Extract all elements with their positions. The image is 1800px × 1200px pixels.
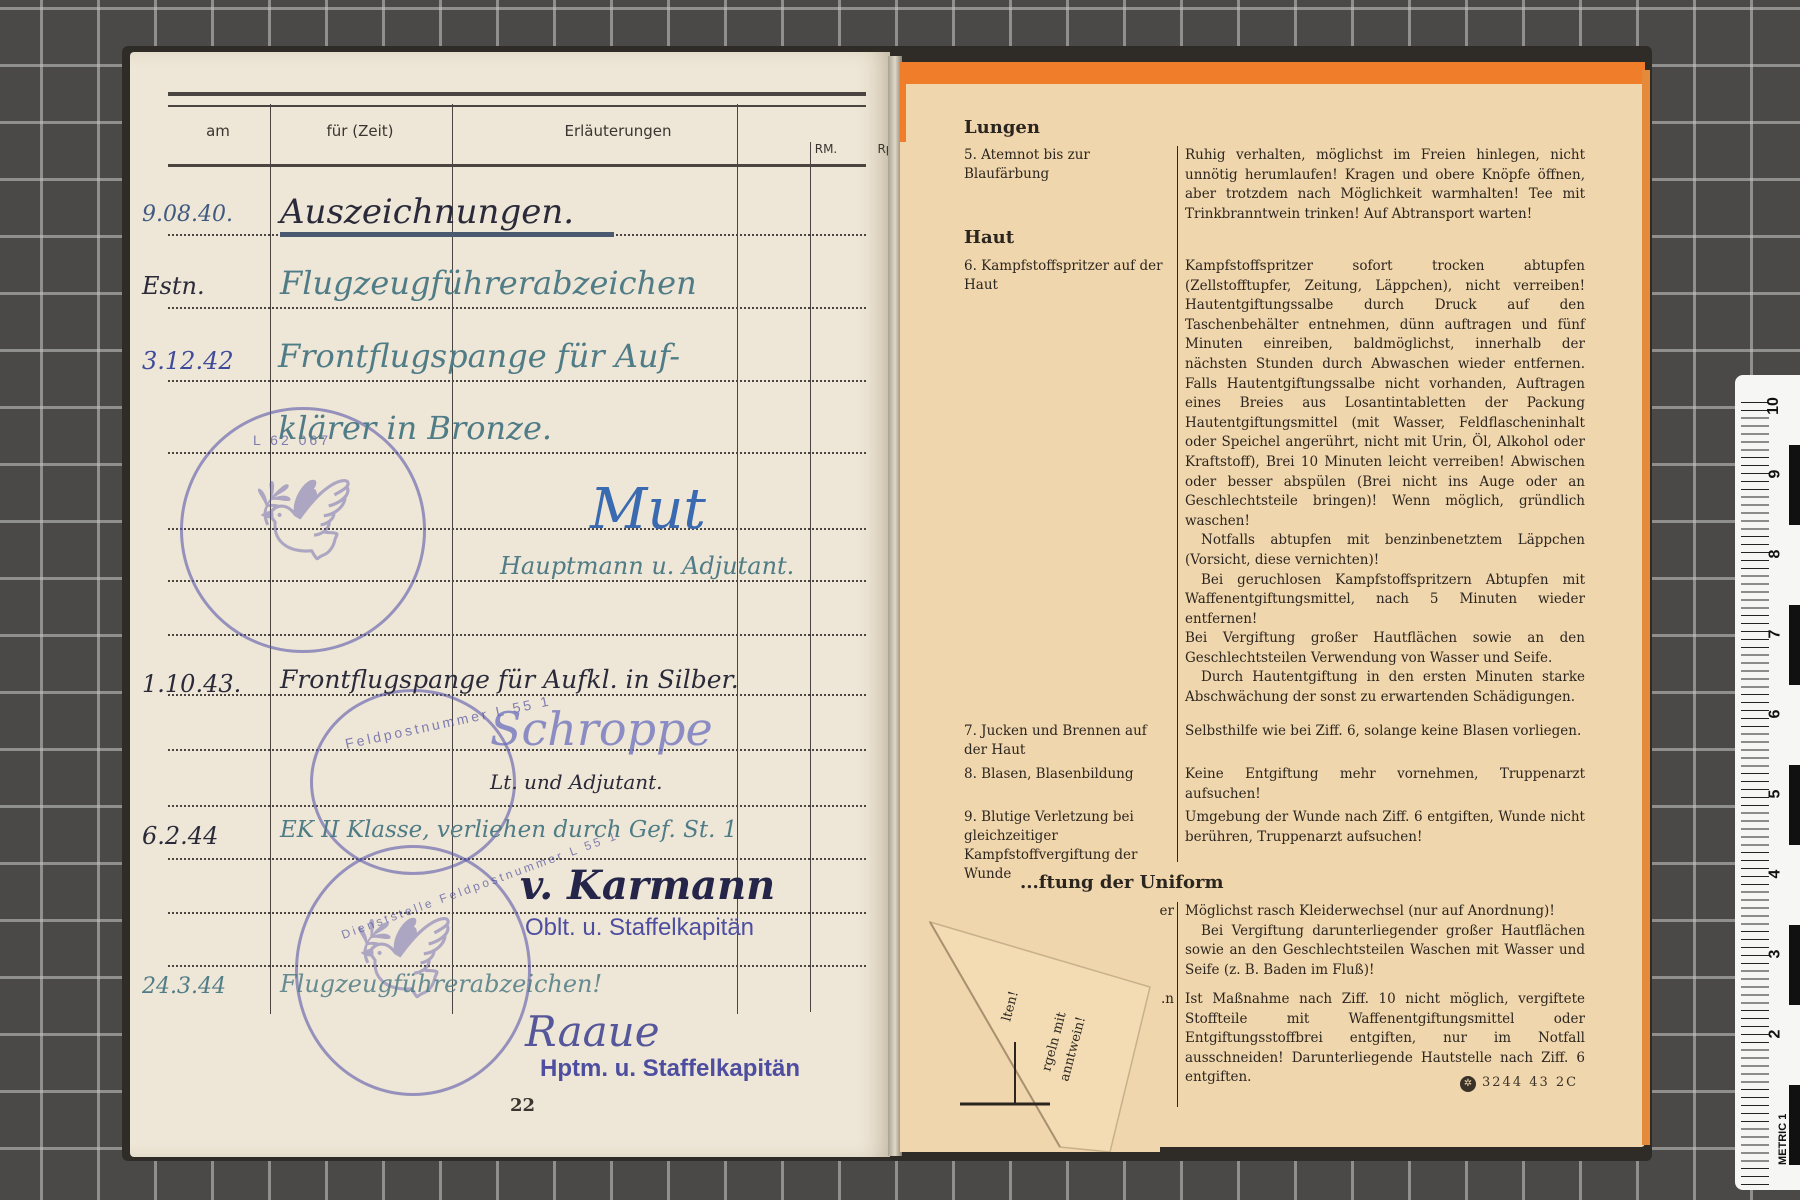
dotted-row-line bbox=[168, 858, 866, 860]
entry-text: klärer in Bronze. bbox=[278, 409, 552, 447]
section-heading-haut: Haut bbox=[964, 227, 1014, 248]
column-divider bbox=[1177, 257, 1178, 862]
ruler-number: 5 bbox=[1766, 790, 1784, 799]
section-heading-uniform: ...ftung der Uniform bbox=[1020, 872, 1224, 893]
entry-text: Frontflugspange für Auf- bbox=[278, 337, 680, 375]
page-number: 22 bbox=[510, 1095, 535, 1116]
entry-date: 9.08.40. bbox=[142, 202, 233, 227]
signature: Mut bbox=[590, 477, 706, 542]
dotted-row-line bbox=[168, 380, 866, 382]
item-description: Umgebung der Wunde nach Ziff. 6 entgifte… bbox=[1185, 808, 1585, 847]
ruler-block bbox=[1789, 1085, 1800, 1165]
rank-stamp: Hptm. u. Staffelkapitän bbox=[540, 1055, 800, 1083]
eagle-emblem-icon: 🕊 bbox=[253, 480, 355, 560]
ruler-number: 4 bbox=[1766, 870, 1784, 879]
ruler-block bbox=[1789, 765, 1800, 845]
entry-text: Auszeichnungen. bbox=[280, 192, 614, 237]
signature: Raaue bbox=[525, 1007, 660, 1056]
section-heading-lungen: Lungen bbox=[964, 117, 1040, 138]
entry-date: 24.3.44 bbox=[142, 974, 226, 999]
entry-text: Flugzeugführerabzeichen bbox=[280, 264, 697, 302]
item-description: Ist Maßnahme nach Ziff. 10 nicht möglich… bbox=[1185, 990, 1585, 1088]
header-bottom-rule bbox=[168, 164, 866, 167]
entry-text: EK II Klasse, verliehen durch Gef. St. 1 bbox=[280, 817, 737, 843]
folded-page-corner: lten! rgeln mit anntwein! bbox=[900, 892, 1160, 1152]
item-description: Keine Entgiftung mehr vornehmen, Truppen… bbox=[1185, 765, 1585, 804]
entry-date: Estn. bbox=[142, 272, 205, 300]
dotted-row-line bbox=[168, 694, 866, 696]
column-divider bbox=[1177, 902, 1178, 1107]
entry-date: 1.10.43. bbox=[142, 670, 241, 698]
ruler-number: 2 bbox=[1766, 1030, 1784, 1039]
ruler-label: METRIC 1 bbox=[1777, 1114, 1789, 1165]
entry-text: Frontflugspange für Aufkl. in Silber. bbox=[280, 665, 739, 694]
ruler-number: 8 bbox=[1766, 550, 1784, 559]
orange-edge-strip bbox=[900, 62, 906, 142]
ruler-block bbox=[1789, 445, 1800, 525]
item-label: 8. Blasen, Blasenbildung bbox=[964, 765, 1174, 784]
entry-text: Flugzeugführerabzeichen! bbox=[280, 970, 602, 998]
entry-date: 3.12.42 bbox=[142, 347, 234, 375]
item-description: Ruhig verhalten, möglichst im Freien hin… bbox=[1185, 146, 1585, 224]
ruler-block bbox=[1789, 925, 1800, 1005]
column-divider bbox=[810, 142, 811, 1012]
rank-stamp: Oblt. u. Staffelkapitän bbox=[525, 914, 754, 942]
item-label: 7. Jucken und Brennen auf der Haut bbox=[964, 722, 1174, 760]
item-label: 6. Kampfstoffspritzer auf der Haut bbox=[964, 257, 1174, 295]
item-label: 5. Atemnot bis zur Blaufärbung bbox=[964, 146, 1174, 184]
header-double-rule bbox=[168, 92, 866, 107]
item-description: Kampfstoffspritzer sofort trocken abtupf… bbox=[1185, 257, 1585, 708]
item-description: Selbsthilfe wie bei Ziff. 6, solange kei… bbox=[1185, 722, 1585, 742]
signature: v. Karmann bbox=[520, 862, 775, 909]
ruler-number: 6 bbox=[1766, 710, 1784, 719]
dotted-row-line bbox=[168, 805, 866, 807]
ruler-number: 7 bbox=[1766, 630, 1784, 639]
ruler-number: 9 bbox=[1766, 470, 1784, 479]
header-explanations: Erläuterungen bbox=[452, 122, 784, 140]
signature: Schroppe bbox=[490, 702, 713, 756]
ruler-block bbox=[1789, 605, 1800, 685]
header-rm: RM. bbox=[786, 142, 866, 156]
orange-cover-edge bbox=[1642, 70, 1650, 1145]
ruler-ticks bbox=[1741, 395, 1769, 1185]
item-description: Möglichst rasch Kleiderwechsel (nur auf … bbox=[1185, 902, 1585, 980]
signature-title: Lt. und Adjutant. bbox=[490, 770, 663, 794]
dotted-row-line bbox=[168, 307, 866, 309]
left-page: am für (Zeit) Erläuterungen RM. Rpf. L 6… bbox=[130, 52, 890, 1157]
ruler-number: 3 bbox=[1766, 950, 1784, 959]
ruler-number: 10 bbox=[1765, 397, 1783, 415]
printer-logo-icon: ✲ bbox=[1460, 1076, 1476, 1092]
header-date: am bbox=[168, 122, 268, 140]
printer-code: ✲3244 43 2C bbox=[1460, 1075, 1578, 1092]
column-divider bbox=[1177, 146, 1178, 261]
entry-date: 6.2.44 bbox=[142, 822, 218, 850]
orange-edge-strip bbox=[900, 62, 1645, 84]
header-for-time: für (Zeit) bbox=[270, 122, 450, 140]
metric-scale-ruler: 2 3 4 5 6 7 8 9 10 METRIC 1 bbox=[1735, 375, 1800, 1190]
signature-title: Hauptmann u. Adjutant. bbox=[500, 552, 794, 580]
